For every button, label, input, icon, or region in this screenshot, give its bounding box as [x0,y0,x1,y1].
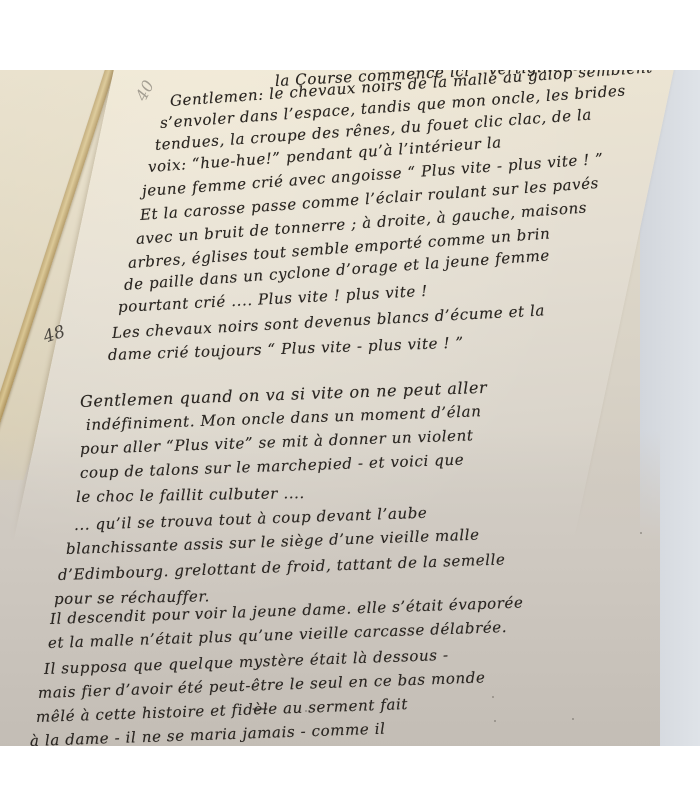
paper-speck [572,718,574,720]
margin-note-top: 40 [132,77,158,104]
paper-speck [305,710,307,712]
handwritten-text: 40 48 la Course commence ici”. vertigine… [0,70,700,746]
end-mark: — [252,698,269,717]
text-line: le choc le faillit culbuter .... [76,484,305,506]
manuscript-photo: 40 48 la Course commence ici”. vertigine… [0,70,700,746]
margin-note-48: 48 [41,322,68,348]
canvas: 40 48 la Course commence ici”. vertigine… [0,0,700,800]
paper-speck [494,720,496,722]
paper-speck [492,696,494,698]
paper-speck [640,532,642,534]
